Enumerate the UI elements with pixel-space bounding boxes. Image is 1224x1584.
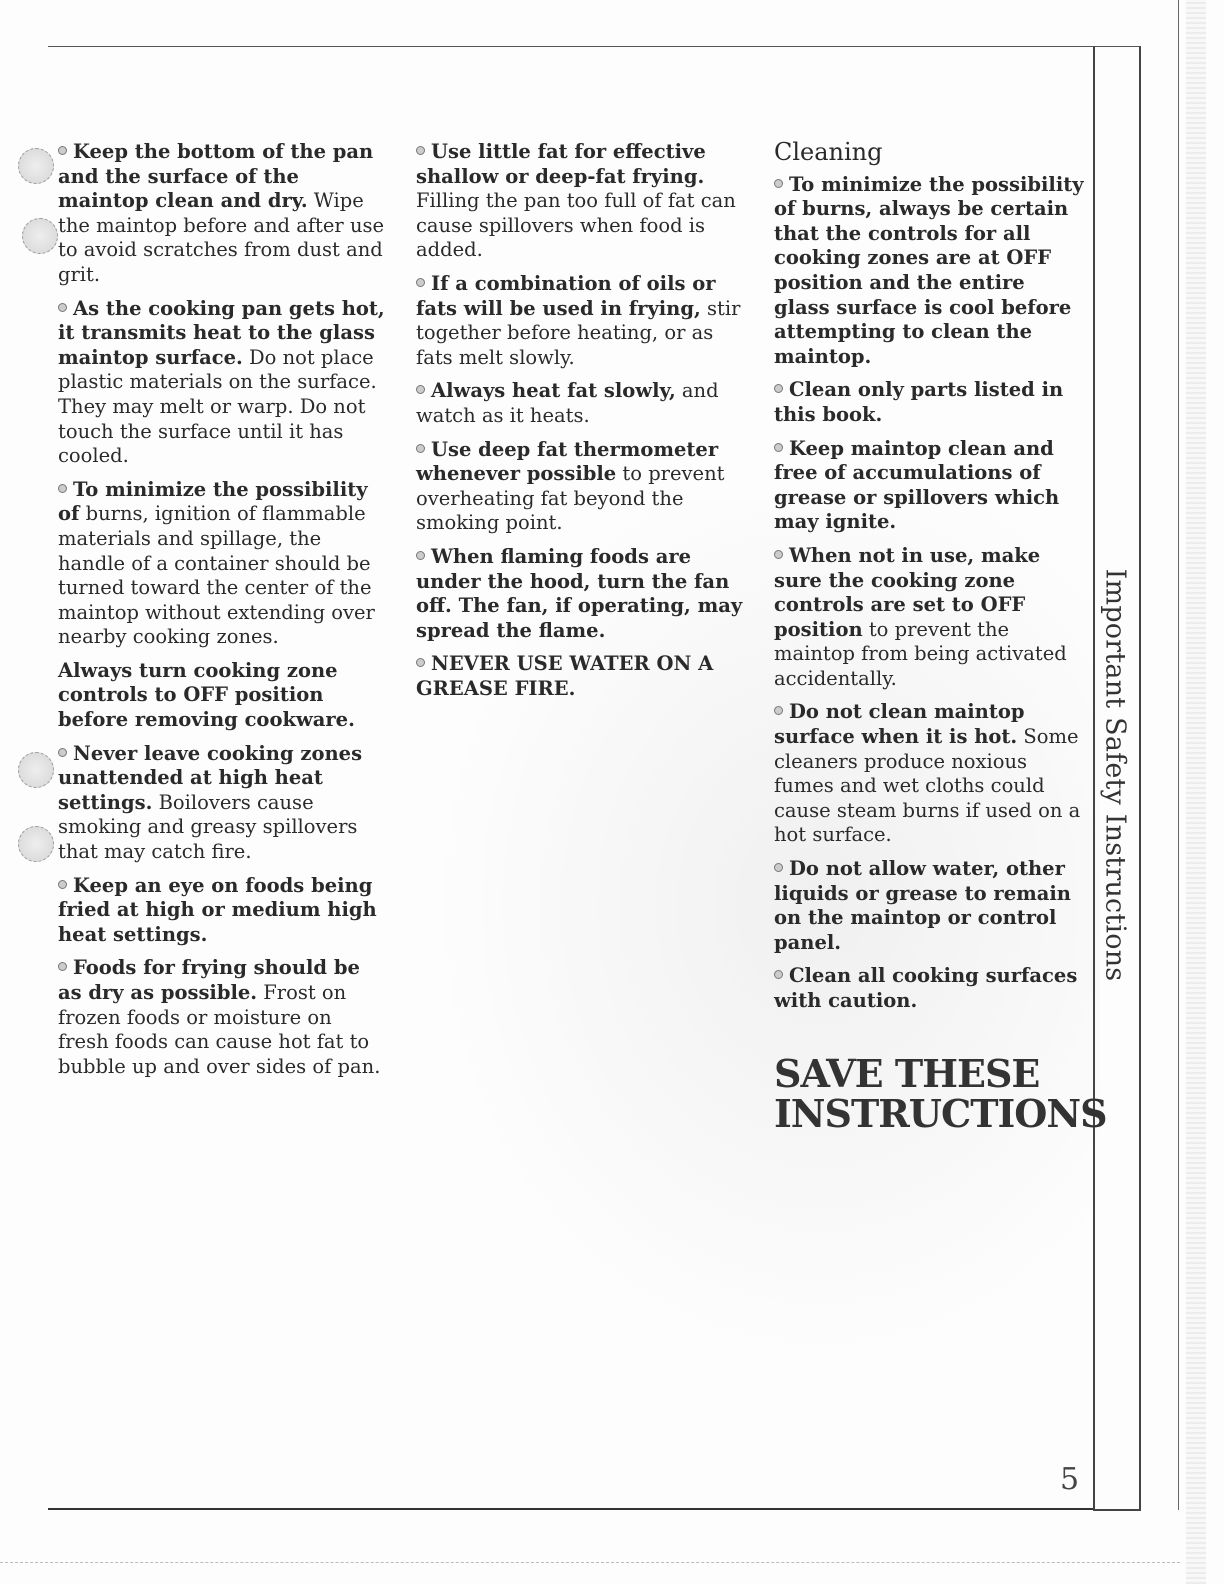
cleaning-item: Do not clean maintop surface when it is …: [774, 700, 1084, 848]
bullet-icon: [774, 970, 783, 979]
safety-item: If a combination of oils or fats will be…: [416, 272, 746, 370]
bullet-icon: [774, 179, 783, 188]
binder-hole-icon: [18, 826, 54, 862]
safety-item: As the cooking pan gets hot, it transmit…: [58, 297, 388, 469]
binder-hole-icon: [18, 752, 54, 788]
bullet-icon: [774, 706, 783, 715]
cleaning-item: To minimize the possibility of burns, al…: [774, 173, 1084, 370]
cleaning-item: Keep maintop clean and free of accumulat…: [774, 437, 1084, 535]
save-instructions-heading: SAVE THESE INSTRUCTIONS: [774, 1054, 1084, 1134]
column-left: Keep the bottom of the pan and the surfa…: [58, 140, 388, 1088]
safety-item: When flaming foods are under the hood, t…: [416, 545, 746, 643]
bullet-icon: [416, 551, 425, 560]
cleaning-item: Clean only parts listed in this book.: [774, 378, 1084, 427]
safety-item: Foods for frying should be as dry as pos…: [58, 956, 388, 1079]
bottom-rule: [48, 1508, 1094, 1510]
cleaning-item: Do not allow water, other liquids or gre…: [774, 857, 1084, 955]
top-rule: [48, 46, 1094, 47]
bullet-icon: [58, 962, 67, 971]
bullet-icon: [58, 484, 67, 493]
safety-item: Keep an eye on foods being fried at high…: [58, 874, 388, 948]
safety-item: Always heat fat slowly, and watch as it …: [416, 379, 746, 428]
safety-item: Use deep fat thermometer whenever possib…: [416, 438, 746, 536]
bullet-icon: [774, 863, 783, 872]
outer-right-rule: [1178, 0, 1179, 1510]
cleaning-item: Clean all cooking surfaces with caution.: [774, 964, 1084, 1013]
section-heading-cleaning: Cleaning: [774, 140, 1084, 165]
bullet-icon: [416, 385, 425, 394]
bullet-icon: [416, 146, 425, 155]
column-middle: Use little fat for effective shallow or …: [416, 140, 746, 710]
binder-hole-icon: [22, 218, 58, 254]
safety-item: Keep the bottom of the pan and the surfa…: [58, 140, 388, 288]
bullet-icon: [774, 443, 783, 452]
bullet-icon: [774, 384, 783, 393]
safety-item: Always turn cooking zone controls to OFF…: [58, 659, 388, 733]
safety-item: Use little fat for effective shallow or …: [416, 140, 746, 263]
bullet-icon: [416, 278, 425, 287]
bullet-icon: [416, 658, 425, 667]
safety-item: To minimize the possibility of burns, ig…: [58, 478, 388, 650]
bullet-icon: [416, 444, 425, 453]
bullet-icon: [58, 748, 67, 757]
page-number: 5: [1060, 1462, 1079, 1497]
bullet-icon: [58, 146, 67, 155]
cleaning-item: When not in use, make sure the cooking z…: [774, 544, 1084, 692]
footer-rule: [0, 1562, 1180, 1563]
bullet-icon: [774, 550, 783, 559]
safety-item: NEVER USE WATER ON A GREASE FIRE.: [416, 652, 746, 701]
safety-item: Never leave cooking zones unattended at …: [58, 742, 388, 865]
bullet-icon: [58, 303, 67, 312]
side-tab-title: Important Safety Instructions: [1100, 569, 1131, 982]
bullet-icon: [58, 880, 67, 889]
column-right: Cleaning To minimize the possibility of …: [774, 140, 1084, 1134]
binder-hole-icon: [18, 148, 54, 184]
scan-edge-strip: [1186, 0, 1206, 1584]
